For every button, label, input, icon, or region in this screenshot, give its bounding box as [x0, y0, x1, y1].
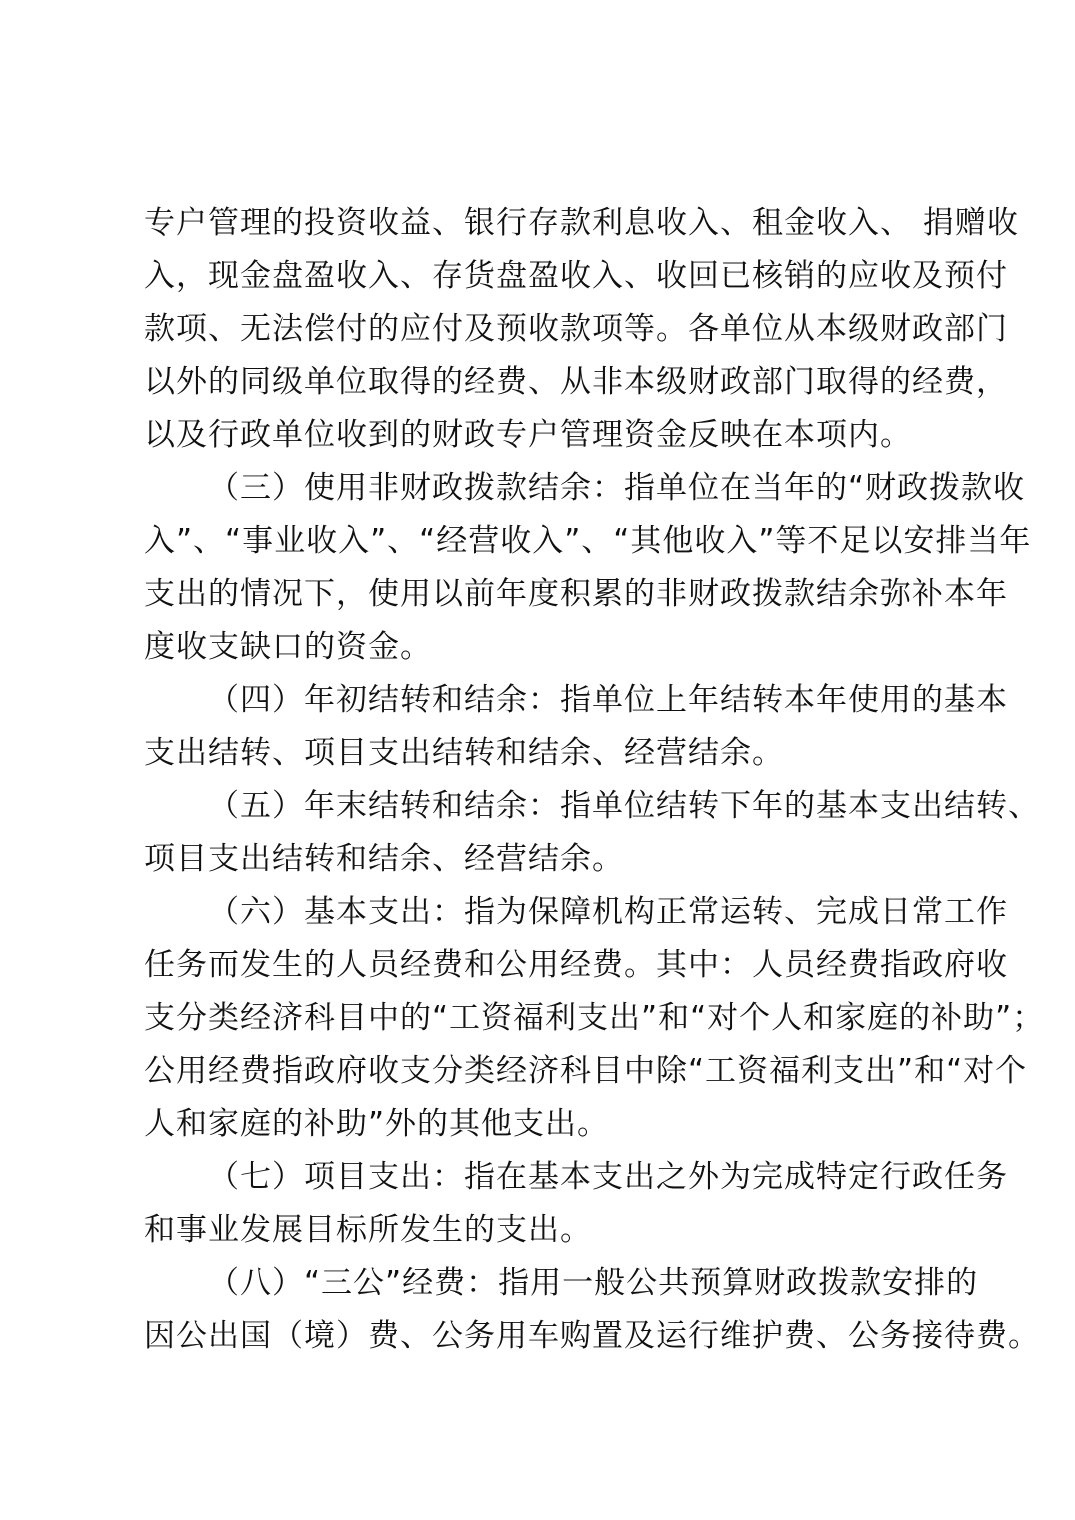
text-line: 以及行政单位收到的财政专户管理资金反映在本项内。: [144, 409, 964, 462]
text-line: （三）使用非财政拨款结余：指单位在当年的“财政拨款收: [144, 462, 964, 515]
text-line: 支分类经济科目中的“工资福利支出”和“对个人和家庭的补助”；: [144, 992, 964, 1045]
text-line: 人和家庭的补助”外的其他支出。: [144, 1098, 964, 1151]
paragraph-item-7: （七）项目支出：指在基本支出之外为完成特定行政任务 和事业发展目标所发生的支出。: [144, 1151, 964, 1257]
text-line: （八）“三公”经费：指用一般公共预算财政拨款安排的: [144, 1257, 964, 1310]
paragraph-item-8: （八）“三公”经费：指用一般公共预算财政拨款安排的 因公出国（境）费、公务用车购…: [144, 1257, 964, 1363]
text-line: 支出的情况下，使用以前年度积累的非财政拨款结余弥补本年: [144, 568, 964, 621]
text-line: 任务而发生的人员经费和公用经费。其中：人员经费指政府收: [144, 939, 964, 992]
paragraph-continuation: 专户管理的投资收益、银行存款利息收入、租金收入、 捐赠收 入，现金盘盈收入、存货…: [144, 197, 964, 462]
paragraph-item-5: （五）年末结转和结余：指单位结转下年的基本支出结转、 项目支出结转和结余、经营结…: [144, 780, 964, 886]
paragraph-item-4: （四）年初结转和结余：指单位上年结转本年使用的基本 支出结转、项目支出结转和结余…: [144, 674, 964, 780]
document-page: 专户管理的投资收益、银行存款利息收入、租金收入、 捐赠收 入，现金盘盈收入、存货…: [144, 197, 964, 1363]
paragraph-item-6: （六）基本支出：指为保障机构正常运转、完成日常工作 任务而发生的人员经费和公用经…: [144, 886, 964, 1151]
text-line: 款项、无法偿付的应付及预收款项等。各单位从本级财政部门: [144, 303, 964, 356]
text-line: 因公出国（境）费、公务用车购置及运行维护费、公务接待费。: [144, 1310, 964, 1363]
text-line: （六）基本支出：指为保障机构正常运转、完成日常工作: [144, 886, 964, 939]
paragraph-item-3: （三）使用非财政拨款结余：指单位在当年的“财政拨款收 入”、“事业收入”、“经营…: [144, 462, 964, 674]
text-line: 度收支缺口的资金。: [144, 621, 964, 674]
text-line: 公用经费指政府收支分类经济科目中除“工资福利支出”和“对个: [144, 1045, 964, 1098]
text-line: 和事业发展目标所发生的支出。: [144, 1204, 964, 1257]
text-line: （四）年初结转和结余：指单位上年结转本年使用的基本: [144, 674, 964, 727]
text-line: 以外的同级单位取得的经费、从非本级财政部门取得的经费，: [144, 356, 964, 409]
text-line: 入，现金盘盈收入、存货盘盈收入、收回已核销的应收及预付: [144, 250, 964, 303]
text-line: 入”、“事业收入”、“经营收入”、“其他收入”等不足以安排当年: [144, 515, 964, 568]
text-line: 支出结转、项目支出结转和结余、经营结余。: [144, 727, 964, 780]
text-line: 专户管理的投资收益、银行存款利息收入、租金收入、 捐赠收: [144, 197, 964, 250]
text-line: （七）项目支出：指在基本支出之外为完成特定行政任务: [144, 1151, 964, 1204]
text-line: （五）年末结转和结余：指单位结转下年的基本支出结转、: [144, 780, 964, 833]
text-line: 项目支出结转和结余、经营结余。: [144, 833, 964, 886]
